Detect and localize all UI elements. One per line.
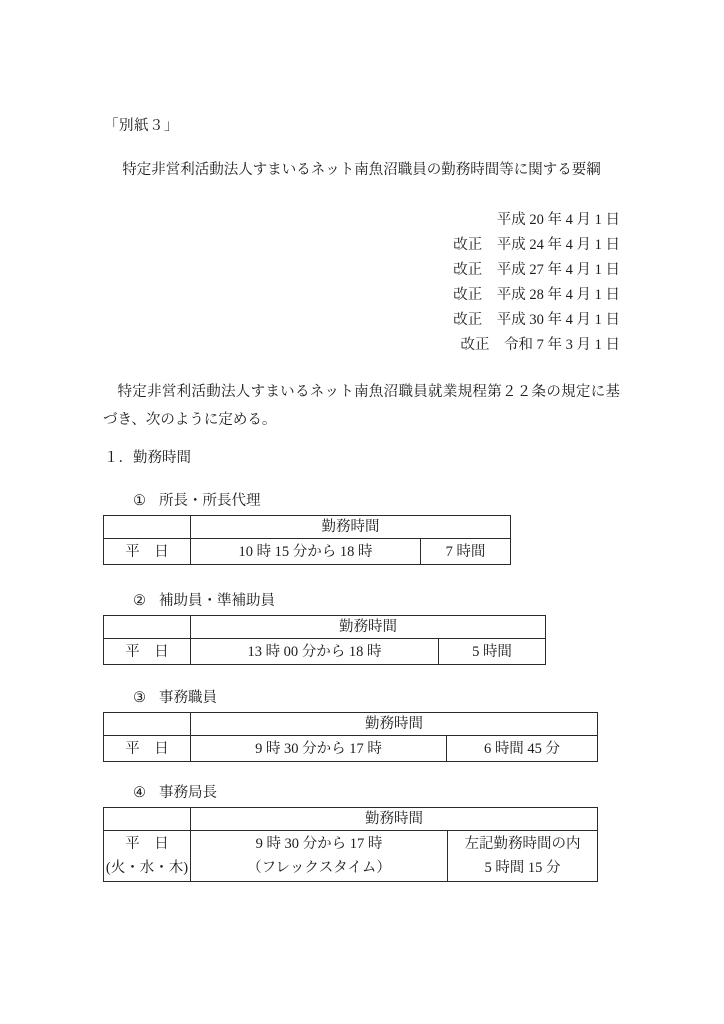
empty-header-cell <box>104 616 191 639</box>
day-line-2: (火・水・木) <box>104 856 190 880</box>
duration-cell: 6 時間 45 分 <box>447 736 598 762</box>
day-cell: 平 日 <box>104 639 191 665</box>
table-caption-4: ④事務局長 <box>133 783 620 803</box>
duration-cell: 左記勤務時間の内 5 時間 15 分 <box>448 831 598 882</box>
revision-date-block: 平成 20 年 4 月 1 日 改正 平成 24 年 4 月 1 日 改正 平成… <box>103 208 620 358</box>
revision-line: 改正 平成 24 年 4 月 1 日 <box>103 233 620 258</box>
duration-line-2: 5 時間 15 分 <box>448 856 597 880</box>
time-range-cell: 9 時 30 分から 17 時 <box>191 736 447 762</box>
worktime-table-3: 勤務時間 平 日 9 時 30 分から 17 時 6 時間 45 分 <box>103 712 598 762</box>
revision-line: 平成 20 年 4 月 1 日 <box>103 208 620 233</box>
day-line-1: 平 日 <box>104 832 190 856</box>
circled-number-2: ② <box>133 593 146 609</box>
worktime-header-cell: 勤務時間 <box>191 808 598 831</box>
revision-line: 改正 平成 27 年 4 月 1 日 <box>103 258 620 283</box>
duration-cell: 7 時間 <box>421 539 511 565</box>
caption-text-1: 所長・所長代理 <box>159 493 261 509</box>
caption-text-2: 補助員・準補助員 <box>159 593 275 609</box>
circled-number-1: ① <box>133 493 146 509</box>
document-page: 「別紙３」 特定非営利活動法人すまいるネット南魚沼職員の勤務時間等に関する要綱 … <box>0 0 724 1024</box>
day-cell: 平 日 <box>104 539 191 565</box>
intro-paragraph: 特定非営利活動法人すまいるネット南魚沼職員就業規程第２２条の規定に基づき、次のよ… <box>103 378 620 434</box>
time-range-cell: 13 時 00 分から 18 時 <box>191 639 439 665</box>
section-heading: １．勤務時間 <box>104 448 620 468</box>
circled-number-4: ④ <box>133 785 146 801</box>
document-title: 特定非営利活動法人すまいるネット南魚沼職員の勤務時間等に関する要綱 <box>103 160 620 180</box>
time-line-2: （フレックスタイム） <box>191 856 447 880</box>
table-caption-2: ②補助員・準補助員 <box>133 591 620 611</box>
worktime-header-cell: 勤務時間 <box>191 713 598 736</box>
attachment-label: 「別紙３」 <box>104 116 620 136</box>
revision-line: 改正 平成 30 年 4 月 1 日 <box>103 308 620 333</box>
table-caption-3: ③事務職員 <box>133 688 620 708</box>
worktime-table-4: 勤務時間 平 日 (火・水・木) 9 時 30 分から 17 時 （フレックスタ… <box>103 807 598 882</box>
day-cell: 平 日 <box>104 736 191 762</box>
duration-line-1: 左記勤務時間の内 <box>448 832 597 856</box>
time-range-cell: 9 時 30 分から 17 時 （フレックスタイム） <box>191 831 448 882</box>
table-caption-1: ①所長・所長代理 <box>133 491 620 511</box>
worktime-table-2: 勤務時間 平 日 13 時 00 分から 18 時 5 時間 <box>103 615 546 665</box>
empty-header-cell <box>104 516 191 539</box>
document-content: 「別紙３」 特定非営利活動法人すまいるネット南魚沼職員の勤務時間等に関する要綱 … <box>103 116 620 882</box>
empty-header-cell <box>104 713 191 736</box>
duration-cell: 5 時間 <box>439 639 546 665</box>
worktime-header-cell: 勤務時間 <box>191 616 546 639</box>
worktime-header-cell: 勤務時間 <box>191 516 511 539</box>
time-range-cell: 10 時 15 分から 18 時 <box>191 539 421 565</box>
caption-text-3: 事務職員 <box>159 690 217 706</box>
circled-number-3: ③ <box>133 690 146 706</box>
empty-header-cell <box>104 808 191 831</box>
time-line-1: 9 時 30 分から 17 時 <box>191 832 447 856</box>
revision-line: 改正 令和 7 年 3 月 1 日 <box>103 333 620 358</box>
caption-text-4: 事務局長 <box>159 785 217 801</box>
worktime-table-1: 勤務時間 平 日 10 時 15 分から 18 時 7 時間 <box>103 515 511 565</box>
day-cell: 平 日 (火・水・木) <box>104 831 191 882</box>
revision-line: 改正 平成 28 年 4 月 1 日 <box>103 283 620 308</box>
